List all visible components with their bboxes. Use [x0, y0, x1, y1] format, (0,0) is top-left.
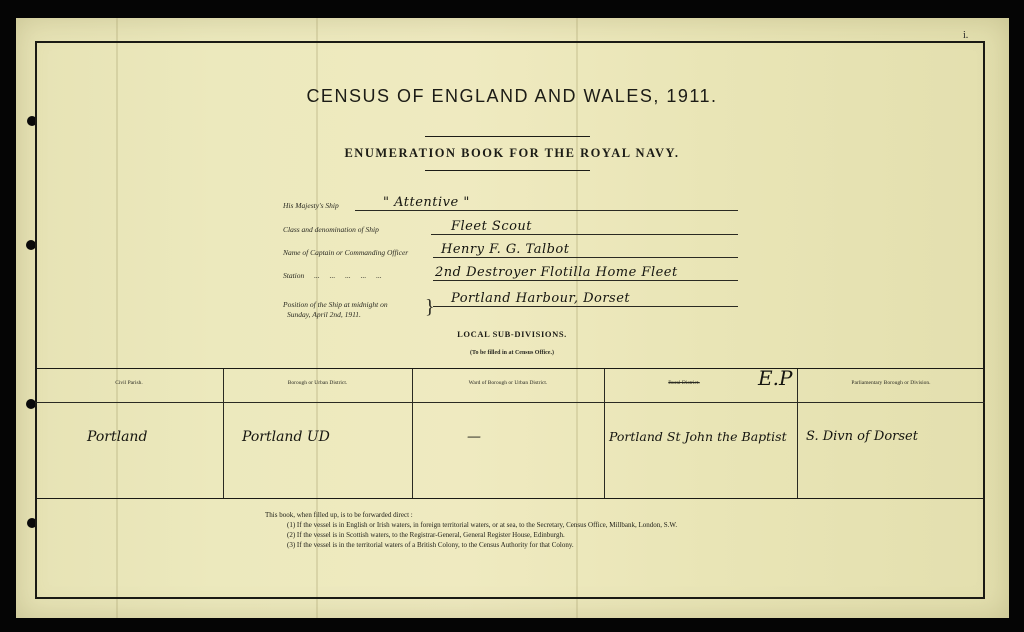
column-divider: [797, 369, 798, 498]
ship-class-value: Fleet Scout: [451, 219, 532, 234]
field-label: Name of Captain or Commanding Officer: [283, 248, 408, 257]
local-subdivisions-title: LOCAL SUB-DIVISIONS.: [0, 329, 1024, 339]
position-label-line2: Sunday, April 2nd, 1911.: [283, 310, 388, 320]
position-value: Portland Harbour, Dorset: [451, 291, 630, 306]
col-header-parliamentary: Parliamentary Borough or Division.: [797, 380, 985, 386]
borough-value: Portland UD: [242, 429, 330, 445]
field-line: [433, 280, 738, 281]
page-number: i.: [963, 30, 968, 41]
field-line: [355, 210, 738, 211]
ward-value: —: [467, 429, 481, 445]
col-header-borough: Borough or Urban District.: [223, 380, 412, 386]
subtitle-rule: [425, 170, 590, 171]
field-position: Portland Harbour, Dorset: [433, 289, 738, 309]
col-header-civil-parish: Civil Parish.: [35, 380, 223, 386]
instruction-item: (2) If the vessel is in Scottish waters,…: [265, 530, 677, 540]
station-value: 2nd Destroyer Flotilla Home Fleet: [435, 265, 678, 280]
ship-name-value: " Attentive ": [383, 195, 470, 210]
field-captain: Name of Captain or Commanding Officer He…: [283, 240, 738, 260]
instruction-item: (3) If the vessel is in the territorial …: [265, 540, 677, 550]
column-divider: [223, 369, 224, 498]
document-title: CENSUS OF ENGLAND AND WALES, 1911.: [0, 86, 1024, 107]
rural-district-annotation: E.P: [758, 366, 792, 390]
local-subdivisions-note: (To be filled in at Census Office.): [0, 350, 1024, 356]
field-ship-name: His Majesty's Ship " Attentive ": [283, 193, 738, 213]
field-line: [431, 234, 738, 235]
field-label: Class and denomination of Ship: [283, 225, 379, 234]
forwarding-instructions: This book, when filled up, is to be forw…: [265, 510, 677, 550]
field-label: Station ... ... ... ... ...: [283, 271, 382, 280]
document-subtitle: ENUMERATION BOOK FOR THE ROYAL NAVY.: [0, 146, 1024, 161]
civil-parish-value: Portland: [87, 429, 147, 445]
header-divider: [35, 402, 985, 403]
field-line: [433, 306, 738, 307]
field-line: [433, 257, 738, 258]
subdivisions-table: Civil Parish. Borough or Urban District.…: [35, 368, 985, 499]
column-divider: [412, 369, 413, 498]
col-header-rural-district: Rural District.: [604, 380, 764, 386]
rural-district-value: Portland St John the Baptist: [609, 429, 787, 444]
instruction-item: (1) If the vessel is in English or Irish…: [265, 520, 677, 530]
captain-value: Henry F. G. Talbot: [441, 242, 569, 257]
col-header-ward: Ward of Borough or Urban District.: [412, 380, 604, 386]
instructions-intro: This book, when filled up, is to be forw…: [265, 510, 677, 520]
position-label: Position of the Ship at midnight on Sund…: [283, 300, 388, 320]
field-ship-class: Class and denomination of Ship Fleet Sco…: [283, 217, 738, 237]
field-label: His Majesty's Ship: [283, 201, 339, 210]
title-rule: [425, 136, 590, 137]
position-label-line1: Position of the Ship at midnight on: [283, 300, 388, 310]
parliamentary-value: S. Divn of Dorset: [806, 429, 918, 444]
column-divider: [604, 369, 605, 498]
field-station: Station ... ... ... ... ... 2nd Destroye…: [283, 263, 738, 283]
